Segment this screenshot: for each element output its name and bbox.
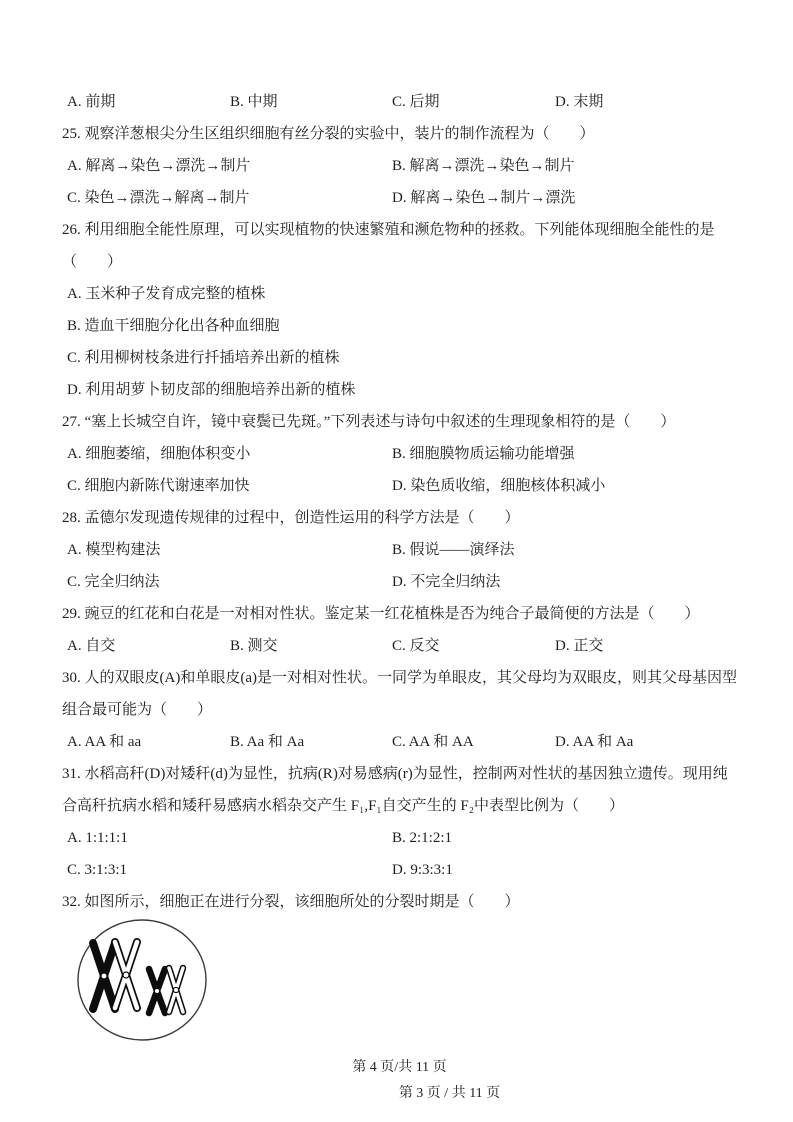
q24-option-a: A. 前期 xyxy=(67,86,230,118)
question-28-options-row-2: C. 完全归纳法 D. 不完全归纳法 xyxy=(62,566,737,598)
exam-page: A. 前期 B. 中期 C. 后期 D. 末期 25. 观察洋葱根尖分生区组织细… xyxy=(0,0,793,1122)
large-white-chromosome-icon xyxy=(115,942,137,1008)
question-26-option-b-row: B. 造血干细胞分化出各种血细胞 xyxy=(62,310,737,342)
question-30-stem: 30. 人的双眼皮(A)和单眼皮(a)是一对相对性状。一同学为单眼皮，其父母均为… xyxy=(62,662,737,726)
q28-option-c: C. 完全归纳法 xyxy=(67,566,392,598)
q28-option-b: B. 假说——演绎法 xyxy=(392,534,737,566)
question-26-option-a-row: A. 玉米种子发育成完整的植株 xyxy=(62,278,737,310)
q26-option-b: B. 造血干细胞分化出各种血细胞 xyxy=(67,310,737,342)
question-25-stem: 25. 观察洋葱根尖分生区组织细胞有丝分裂的实验中，装片的制作流程为（ ） xyxy=(62,118,737,150)
q25-option-a: A. 解离→染色→漂洗→制片 xyxy=(67,150,392,182)
q29-option-d: D. 正交 xyxy=(555,630,737,662)
q31-option-d: D. 9:3:3:1 xyxy=(392,854,737,886)
q29-option-b: B. 测交 xyxy=(230,630,392,662)
question-28-options-row-1: A. 模型构建法 B. 假说——演绎法 xyxy=(62,534,737,566)
question-28-stem: 28. 孟德尔发现遗传规律的过程中，创造性运用的科学方法是（ ） xyxy=(62,502,737,534)
question-24-options-row: A. 前期 B. 中期 C. 后期 D. 末期 xyxy=(62,86,737,118)
q29-option-c: C. 反交 xyxy=(392,630,555,662)
question-26-option-c-row: C. 利用柳树枝条进行扦插培养出新的植株 xyxy=(62,342,737,374)
q27-option-d: D. 染色质收缩，细胞核体积减小 xyxy=(392,470,737,502)
q29-option-a: A. 自交 xyxy=(67,630,230,662)
page-number-footer-2: 第 3 页 / 共 11 页 xyxy=(112,1086,787,1102)
q26-option-d: D. 利用胡萝卜韧皮部的细胞培养出新的植株 xyxy=(67,374,737,406)
q31-option-a: A. 1:1:1:1 xyxy=(67,822,392,854)
q30-option-b: B. Aa 和 Aa xyxy=(230,726,392,758)
q28-option-a: A. 模型构建法 xyxy=(67,534,392,566)
question-31-options-row-1: A. 1:1:1:1 B. 2:1:2:1 xyxy=(62,822,737,854)
question-27-options-row-2: C. 细胞内新陈代谢速率加快 D. 染色质收缩，细胞核体积减小 xyxy=(62,470,737,502)
q31-option-b: B. 2:1:2:1 xyxy=(392,822,737,854)
small-white-chromosome-icon xyxy=(169,968,183,1012)
question-31-options-row-2: C. 3:1:3:1 D. 9:3:3:1 xyxy=(62,854,737,886)
q28-option-d: D. 不完全归纳法 xyxy=(392,566,737,598)
q26-option-c: C. 利用柳树枝条进行扦插培养出新的植株 xyxy=(67,342,737,374)
q27-option-b: B. 细胞膜物质运输功能增强 xyxy=(392,438,737,470)
question-30-options-row: A. AA 和 aa B. Aa 和 Aa C. AA 和 AA D. AA 和… xyxy=(62,726,737,758)
cell-outline xyxy=(78,920,206,1040)
question-26-option-d-row: D. 利用胡萝卜韧皮部的细胞培养出新的植株 xyxy=(62,374,737,406)
q25-option-b: B. 解离→漂洗→染色→制片 xyxy=(392,150,737,182)
question-32-figure-wrap xyxy=(62,918,737,1042)
q30-option-c: C. AA 和 AA xyxy=(392,726,555,758)
q30-option-a: A. AA 和 aa xyxy=(67,726,230,758)
page-number-footer-1: 第 4 页/共 11 页 xyxy=(62,1060,737,1076)
q24-option-c: C. 后期 xyxy=(392,86,555,118)
question-29-options-row: A. 自交 B. 测交 C. 反交 D. 正交 xyxy=(62,630,737,662)
large-black-chromosome-icon xyxy=(93,943,115,1009)
q27-option-c: C. 细胞内新陈代谢速率加快 xyxy=(67,470,392,502)
q27-option-a: A. 细胞萎缩，细胞体积变小 xyxy=(67,438,392,470)
q25-option-d: D. 解离→染色→制片→漂洗 xyxy=(392,182,737,214)
q31-option-c: C. 3:1:3:1 xyxy=(67,854,392,886)
question-27-stem: 27. “塞上长城空自许，镜中衰鬓已先斑。”下列表述与诗句中叙述的生理现象相符的… xyxy=(62,406,737,438)
question-26-stem: 26. 利用细胞全能性原理，可以实现植物的快速繁殖和濒危物种的拯救。下列能体现细… xyxy=(62,214,737,278)
q24-option-d: D. 末期 xyxy=(555,86,737,118)
question-29-stem: 29. 豌豆的红花和白花是一对相对性状。鉴定某一红花植株是否为纯合子最简便的方法… xyxy=(62,598,737,630)
question-25-options-row-2: C. 染色→漂洗→解离→制片 D. 解离→染色→制片→漂洗 xyxy=(62,182,737,214)
small-black-chromosome-icon xyxy=(149,969,165,1013)
question-32-stem: 32. 如图所示，细胞正在进行分裂，该细胞所处的分裂时期是（ ） xyxy=(62,886,737,918)
q24-option-b: B. 中期 xyxy=(230,86,392,118)
cell-division-figure xyxy=(62,918,282,1042)
q30-option-d: D. AA 和 Aa xyxy=(555,726,737,758)
q26-option-a: A. 玉米种子发育成完整的植株 xyxy=(67,278,737,310)
question-31-stem: 31. 水稻高秆(D)对矮秆(d)为显性，抗病(R)对易感病(r)为显性，控制两… xyxy=(62,758,737,822)
question-25-options-row-1: A. 解离→染色→漂洗→制片 B. 解离→漂洗→染色→制片 xyxy=(62,150,737,182)
question-27-options-row-1: A. 细胞萎缩，细胞体积变小 B. 细胞膜物质运输功能增强 xyxy=(62,438,737,470)
q25-option-c: C. 染色→漂洗→解离→制片 xyxy=(67,182,392,214)
